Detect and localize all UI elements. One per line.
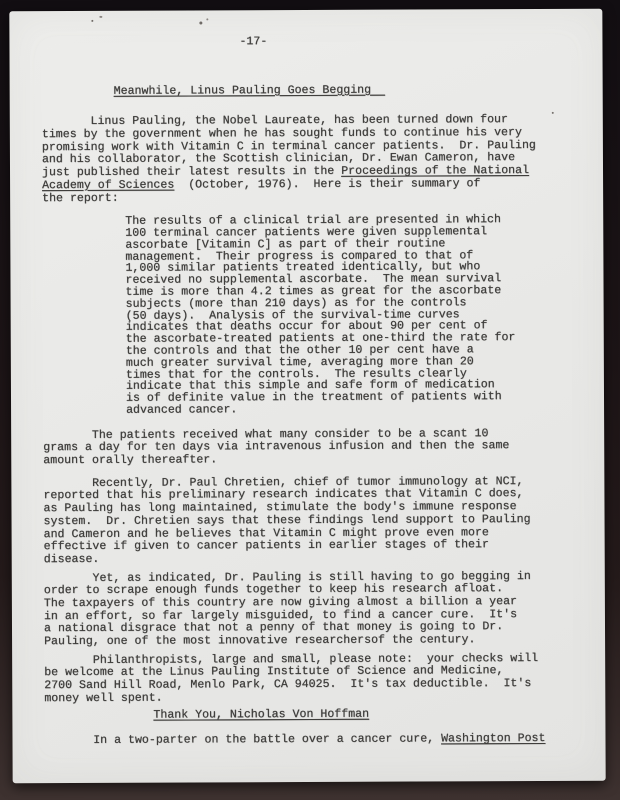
- underlined-text: Proceedings of the National: [341, 164, 529, 178]
- text-segment: 2700 Sand Hill Road, Menlo Park, CA 9402…: [44, 677, 531, 692]
- paragraph-dosage: The patients received what many consider…: [43, 427, 604, 468]
- text-line: Thank You, Nicholas Von Hoffman: [153, 708, 605, 723]
- document-content: -17-Meanwhile, Linus Pauling Goes Beggin…: [41, 9, 605, 748]
- text-line: In a two-parter on the battle over a can…: [44, 733, 605, 748]
- text-segment: advanced cancer.: [126, 403, 237, 416]
- text-segment: -17-: [239, 35, 267, 48]
- paragraph-begging: Yet, as indicated, Dr. Pauling is still …: [44, 570, 605, 649]
- text-line: the report:: [42, 190, 603, 205]
- underlined-text: Washington Post: [441, 732, 545, 745]
- text-line: -17-: [239, 35, 602, 49]
- underlined-text: Thank You, Nicholas Von Hoffman: [153, 708, 369, 722]
- page-number: -17-: [239, 35, 602, 49]
- underlined-text: Meanwhile, Linus Pauling Goes Begging: [114, 83, 385, 97]
- text-line: Pauling, one of the most innovative rese…: [44, 634, 605, 649]
- text-segment: Pauling, one of the most innovative rese…: [44, 633, 475, 648]
- document-page: -17-Meanwhile, Linus Pauling Goes Beggin…: [9, 9, 605, 784]
- text-segment: (October, 1976). Here is their summary o…: [174, 177, 480, 191]
- text-segment: effective if given to cancer patients in…: [44, 538, 489, 553]
- text-segment: grams a day for ten days via intravenous…: [43, 440, 509, 455]
- photo-background: { "colors":{"paper":"#e9e9e7","backgroun…: [0, 0, 620, 800]
- text-segment: money well spent.: [44, 691, 162, 705]
- text-segment: disease.: [44, 553, 100, 566]
- text-line: money well spent.: [44, 691, 605, 706]
- text-segment: In a two-parter on the battle over a can…: [44, 733, 441, 748]
- underlined-text: Academy of Sciences: [42, 178, 174, 192]
- text-line: disease.: [44, 552, 605, 567]
- text-line: advanced cancer.: [126, 403, 604, 417]
- paragraph-intro: Linus Pauling, the Nobel Laureate, has b…: [42, 114, 603, 205]
- text-line: Meanwhile, Linus Pauling Goes Begging: [114, 83, 603, 98]
- paragraph-two-parter: In a two-parter on the battle over a can…: [44, 733, 605, 748]
- section-heading-pauling: Meanwhile, Linus Pauling Goes Begging: [114, 83, 603, 98]
- report-summary-quote: The results of a clinical trial are pres…: [125, 214, 604, 417]
- text-segment: amount orally thereafter.: [43, 454, 217, 468]
- text-line: amount orally thereafter.: [43, 453, 604, 468]
- text-segment: the report:: [42, 191, 119, 204]
- paragraph-philanthropists: Philanthropists, large and small, please…: [44, 652, 605, 705]
- section-heading-von-hoffman: Thank You, Nicholas Von Hoffman: [153, 708, 605, 723]
- paragraph-chretien: Recently, Dr. Paul Chretien, chief of tu…: [43, 476, 604, 567]
